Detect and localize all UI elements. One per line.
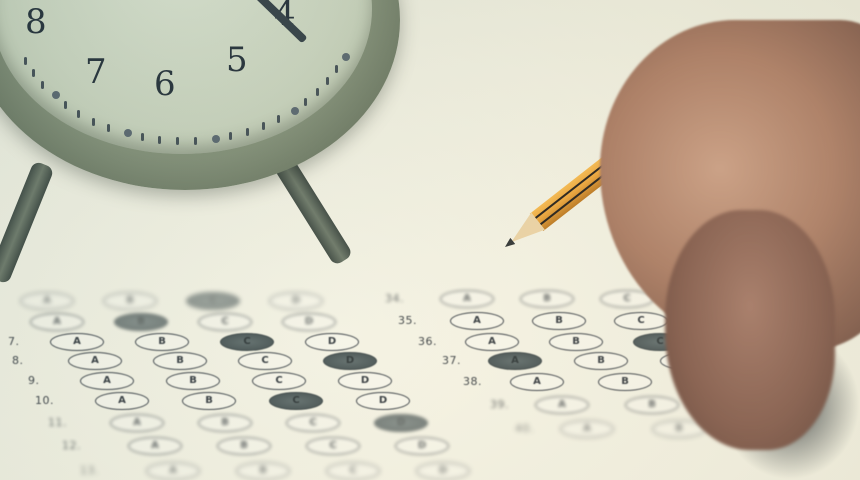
question-number: 7. [8,335,20,348]
answer-bubble-a[interactable]: A [110,414,164,432]
question-number: 9. [28,374,40,387]
clock-tick [124,129,132,137]
answer-bubble-d[interactable]: D [374,414,428,432]
clock-tick [212,135,220,143]
answer-bubble-a[interactable]: A [20,292,74,310]
answer-bubble-d[interactable]: D [269,292,323,310]
question-number: 10. [35,394,54,407]
answer-bubble-b[interactable]: B [182,392,236,410]
clock-numeral-7: 7 [85,52,107,92]
question-number: 8. [12,354,24,367]
clock-numeral-6: 6 [154,64,176,104]
answer-bubble-d[interactable]: D [305,333,359,351]
clock-tick [277,115,280,123]
answer-bubble-b[interactable]: B [114,313,168,331]
clock-tick [176,137,179,145]
answer-bubble-a[interactable]: A [488,352,542,370]
clock-tick [246,128,249,136]
answer-bubble-a[interactable]: A [80,372,134,390]
clock-tick [262,122,265,130]
photo-scene: ABCDABCD7.ABCD8.ABCD9.ABCD10.ABCD11.ABCD… [0,0,860,480]
clock-tick [24,57,27,65]
answer-bubble-a[interactable]: A [68,352,122,370]
clock-tick [229,132,232,140]
clock-tick [342,53,350,61]
answer-bubble-d[interactable]: D [395,437,449,455]
answer-bubble-c[interactable]: C [326,462,380,480]
question-number: 12. [62,439,81,452]
answer-bubble-d[interactable]: D [323,352,377,370]
clock-tick [291,107,299,115]
answer-bubble-b[interactable]: B [198,414,252,432]
clock-tick [32,69,35,77]
answer-bubble-a[interactable]: A [30,313,84,331]
clock-hand [237,0,307,43]
clock-tick [335,65,338,73]
clock-tick [52,91,60,99]
answer-bubble-b[interactable]: B [236,462,290,480]
answer-bubble-a[interactable]: A [50,333,104,351]
answer-bubble-a[interactable]: A [146,462,200,480]
question-number: 40. [515,422,534,435]
question-number: 39. [490,398,509,411]
clock-tick [141,133,144,141]
answer-bubble-a[interactable]: A [450,312,504,330]
alarm-clock: 8 7 6 5 4 [0,0,400,190]
answer-bubble-b[interactable]: B [166,372,220,390]
answer-bubble-c[interactable]: C [286,414,340,432]
answer-bubble-c[interactable]: C [238,352,292,370]
question-number: 38. [463,375,482,388]
answer-bubble-d[interactable]: D [282,313,336,331]
question-number: 11. [48,416,67,429]
answer-bubble-c[interactable]: C [306,437,360,455]
hand-finger [665,210,835,450]
answer-bubble-d[interactable]: D [356,392,410,410]
clock-tick [304,98,307,106]
clock-tick [158,136,161,144]
answer-bubble-a[interactable]: A [465,333,519,351]
clock-numeral-5: 5 [226,40,248,80]
clock-tick [326,77,329,85]
question-number: 37. [442,354,461,367]
answer-bubble-b[interactable]: B [520,290,574,308]
question-number: 35. [398,314,417,327]
clock-tick [92,118,95,126]
answer-bubble-d[interactable]: D [416,462,470,480]
answer-bubble-a[interactable]: A [95,392,149,410]
clock-tick [41,81,44,89]
answer-bubble-a[interactable]: A [510,373,564,391]
clock-tick [64,101,67,109]
answer-bubble-a[interactable]: A [128,437,182,455]
clock-tick [194,137,197,145]
answer-bubble-c[interactable]: C [269,392,323,410]
answer-bubble-a[interactable]: A [440,290,494,308]
answer-bubble-c[interactable]: C [186,292,240,310]
question-number: 13. [80,464,99,477]
answer-bubble-b[interactable]: B [153,352,207,370]
answer-bubble-b[interactable]: B [103,292,157,310]
answer-bubble-b[interactable]: B [135,333,189,351]
question-number: 36. [418,335,437,348]
clock-tick [107,124,110,132]
answer-bubble-b[interactable]: B [217,437,271,455]
answer-bubble-c[interactable]: C [198,313,252,331]
answer-bubble-d[interactable]: D [338,372,392,390]
clock-tick [316,88,319,96]
clock-tick [77,110,80,118]
hand [570,0,860,480]
answer-bubble-c[interactable]: C [220,333,274,351]
question-number: 34. [385,292,404,305]
answer-bubble-c[interactable]: C [252,372,306,390]
clock-numeral-8: 8 [25,2,47,42]
